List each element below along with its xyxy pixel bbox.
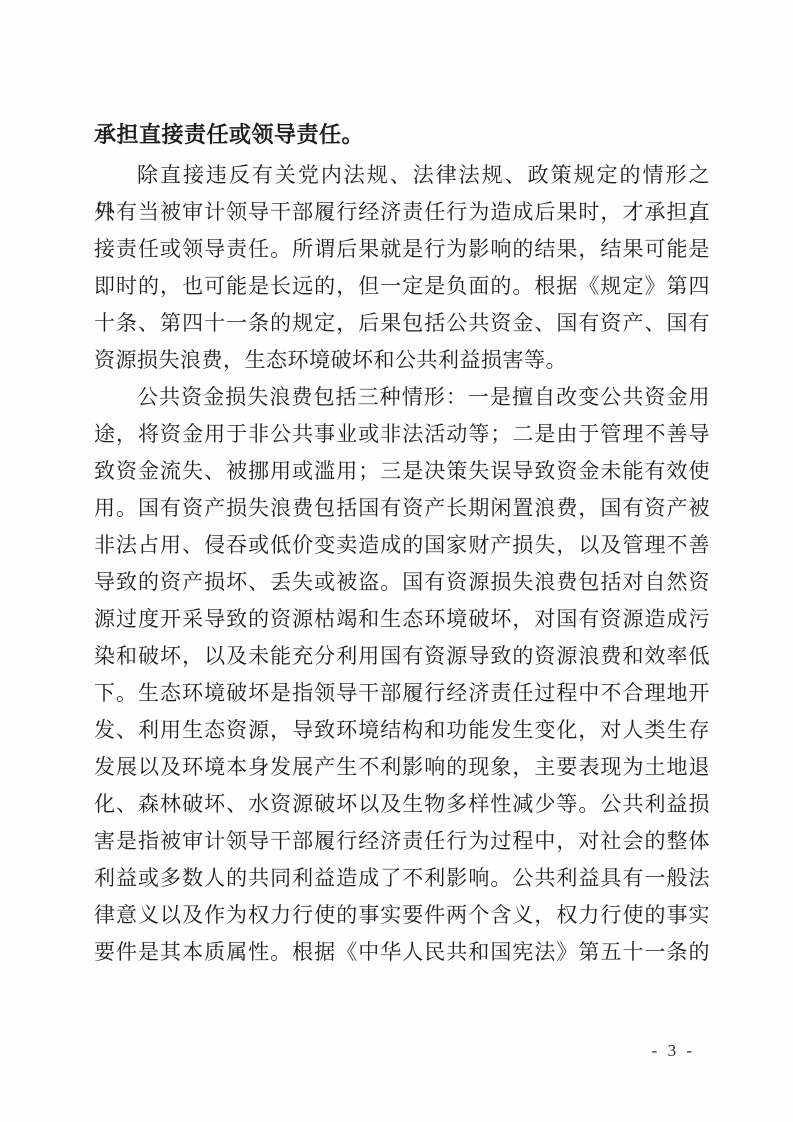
text-line: 律意义以及作为权力行使的事实要件两个含义，权力行使的事实 — [94, 897, 710, 934]
text-line: 十条、第四十一条的规定，后果包括公共资金、国有资产、国有 — [94, 305, 710, 342]
text-line: 要件是其本质属性。根据《中华人民共和国宪法》第五十一条的 — [94, 934, 710, 971]
paragraph: 公共资金损失浪费包括三种情形：一是擅自改变公共资金用途，将资金用于非公共事业或非… — [94, 379, 710, 971]
text-line: 用。国有资产损失浪费包括国有资产长期闲置浪费，国有资产被 — [94, 490, 710, 527]
text-line: 公共资金损失浪费包括三种情形：一是擅自改变公共资金用 — [94, 379, 710, 416]
text-line: 染和破坏，以及未能充分利用国有资源导致的资源浪费和效率低 — [94, 638, 710, 675]
document-content: 承担直接责任或领导责任。 除直接违反有关党内法规、法律法规、政策规定的情形之外，… — [94, 116, 710, 971]
paragraph: 除直接违反有关党内法规、法律法规、政策规定的情形之外，只有当被审计领导干部履行经… — [94, 157, 710, 379]
text-line: 只有当被审计领导干部履行经济责任行为造成后果时，才承担直 — [94, 194, 710, 231]
text-line: 除直接违反有关党内法规、法律法规、政策规定的情形之外， — [94, 157, 710, 194]
text-line: 发展以及环境本身发展产生不利影响的现象，主要表现为土地退 — [94, 749, 710, 786]
text-line: 下。生态环境破坏是指领导干部履行经济责任过程中不合理地开 — [94, 675, 710, 712]
text-line: 导致的资产损坏、丢失或被盗。国有资源损失浪费包括对自然资 — [94, 564, 710, 601]
text-line: 接责任或领导责任。所谓后果就是行为影响的结果，结果可能是 — [94, 231, 710, 268]
text-line: 害是指被审计领导干部履行经济责任行为过程中，对社会的整体 — [94, 823, 710, 860]
page-number: - 3 - — [652, 1040, 695, 1062]
text-line: 发、利用生态资源，导致环境结构和功能发生变化，对人类生存 — [94, 712, 710, 749]
text-line: 源过度开采导致的资源枯竭和生态环境破坏，对国有资源造成污 — [94, 601, 710, 638]
text-line: 非法占用、侵吞或低价变卖造成的国家财产损失，以及管理不善 — [94, 527, 710, 564]
text-line: 化、森林破坏、水资源破坏以及生物多样性减少等。公共利益损 — [94, 786, 710, 823]
document-paragraphs: 除直接违反有关党内法规、法律法规、政策规定的情形之外，只有当被审计领导干部履行经… — [94, 157, 710, 971]
document-heading: 承担直接责任或领导责任。 — [94, 116, 710, 153]
text-line: 利益或多数人的共同利益造成了不利影响。公共利益具有一般法 — [94, 860, 710, 897]
text-line: 资源损失浪费，生态环境破坏和公共利益损害等。 — [94, 342, 710, 379]
text-line: 即时的，也可能是长远的，但一定是负面的。根据《规定》第四 — [94, 268, 710, 305]
text-line: 致资金流失、被挪用或滥用；三是决策失误导致资金未能有效使 — [94, 453, 710, 490]
text-line: 途，将资金用于非公共事业或非法活动等；二是由于管理不善导 — [94, 416, 710, 453]
document-page: 承担直接责任或领导责任。 除直接违反有关党内法规、法律法规、政策规定的情形之外，… — [0, 0, 793, 1122]
